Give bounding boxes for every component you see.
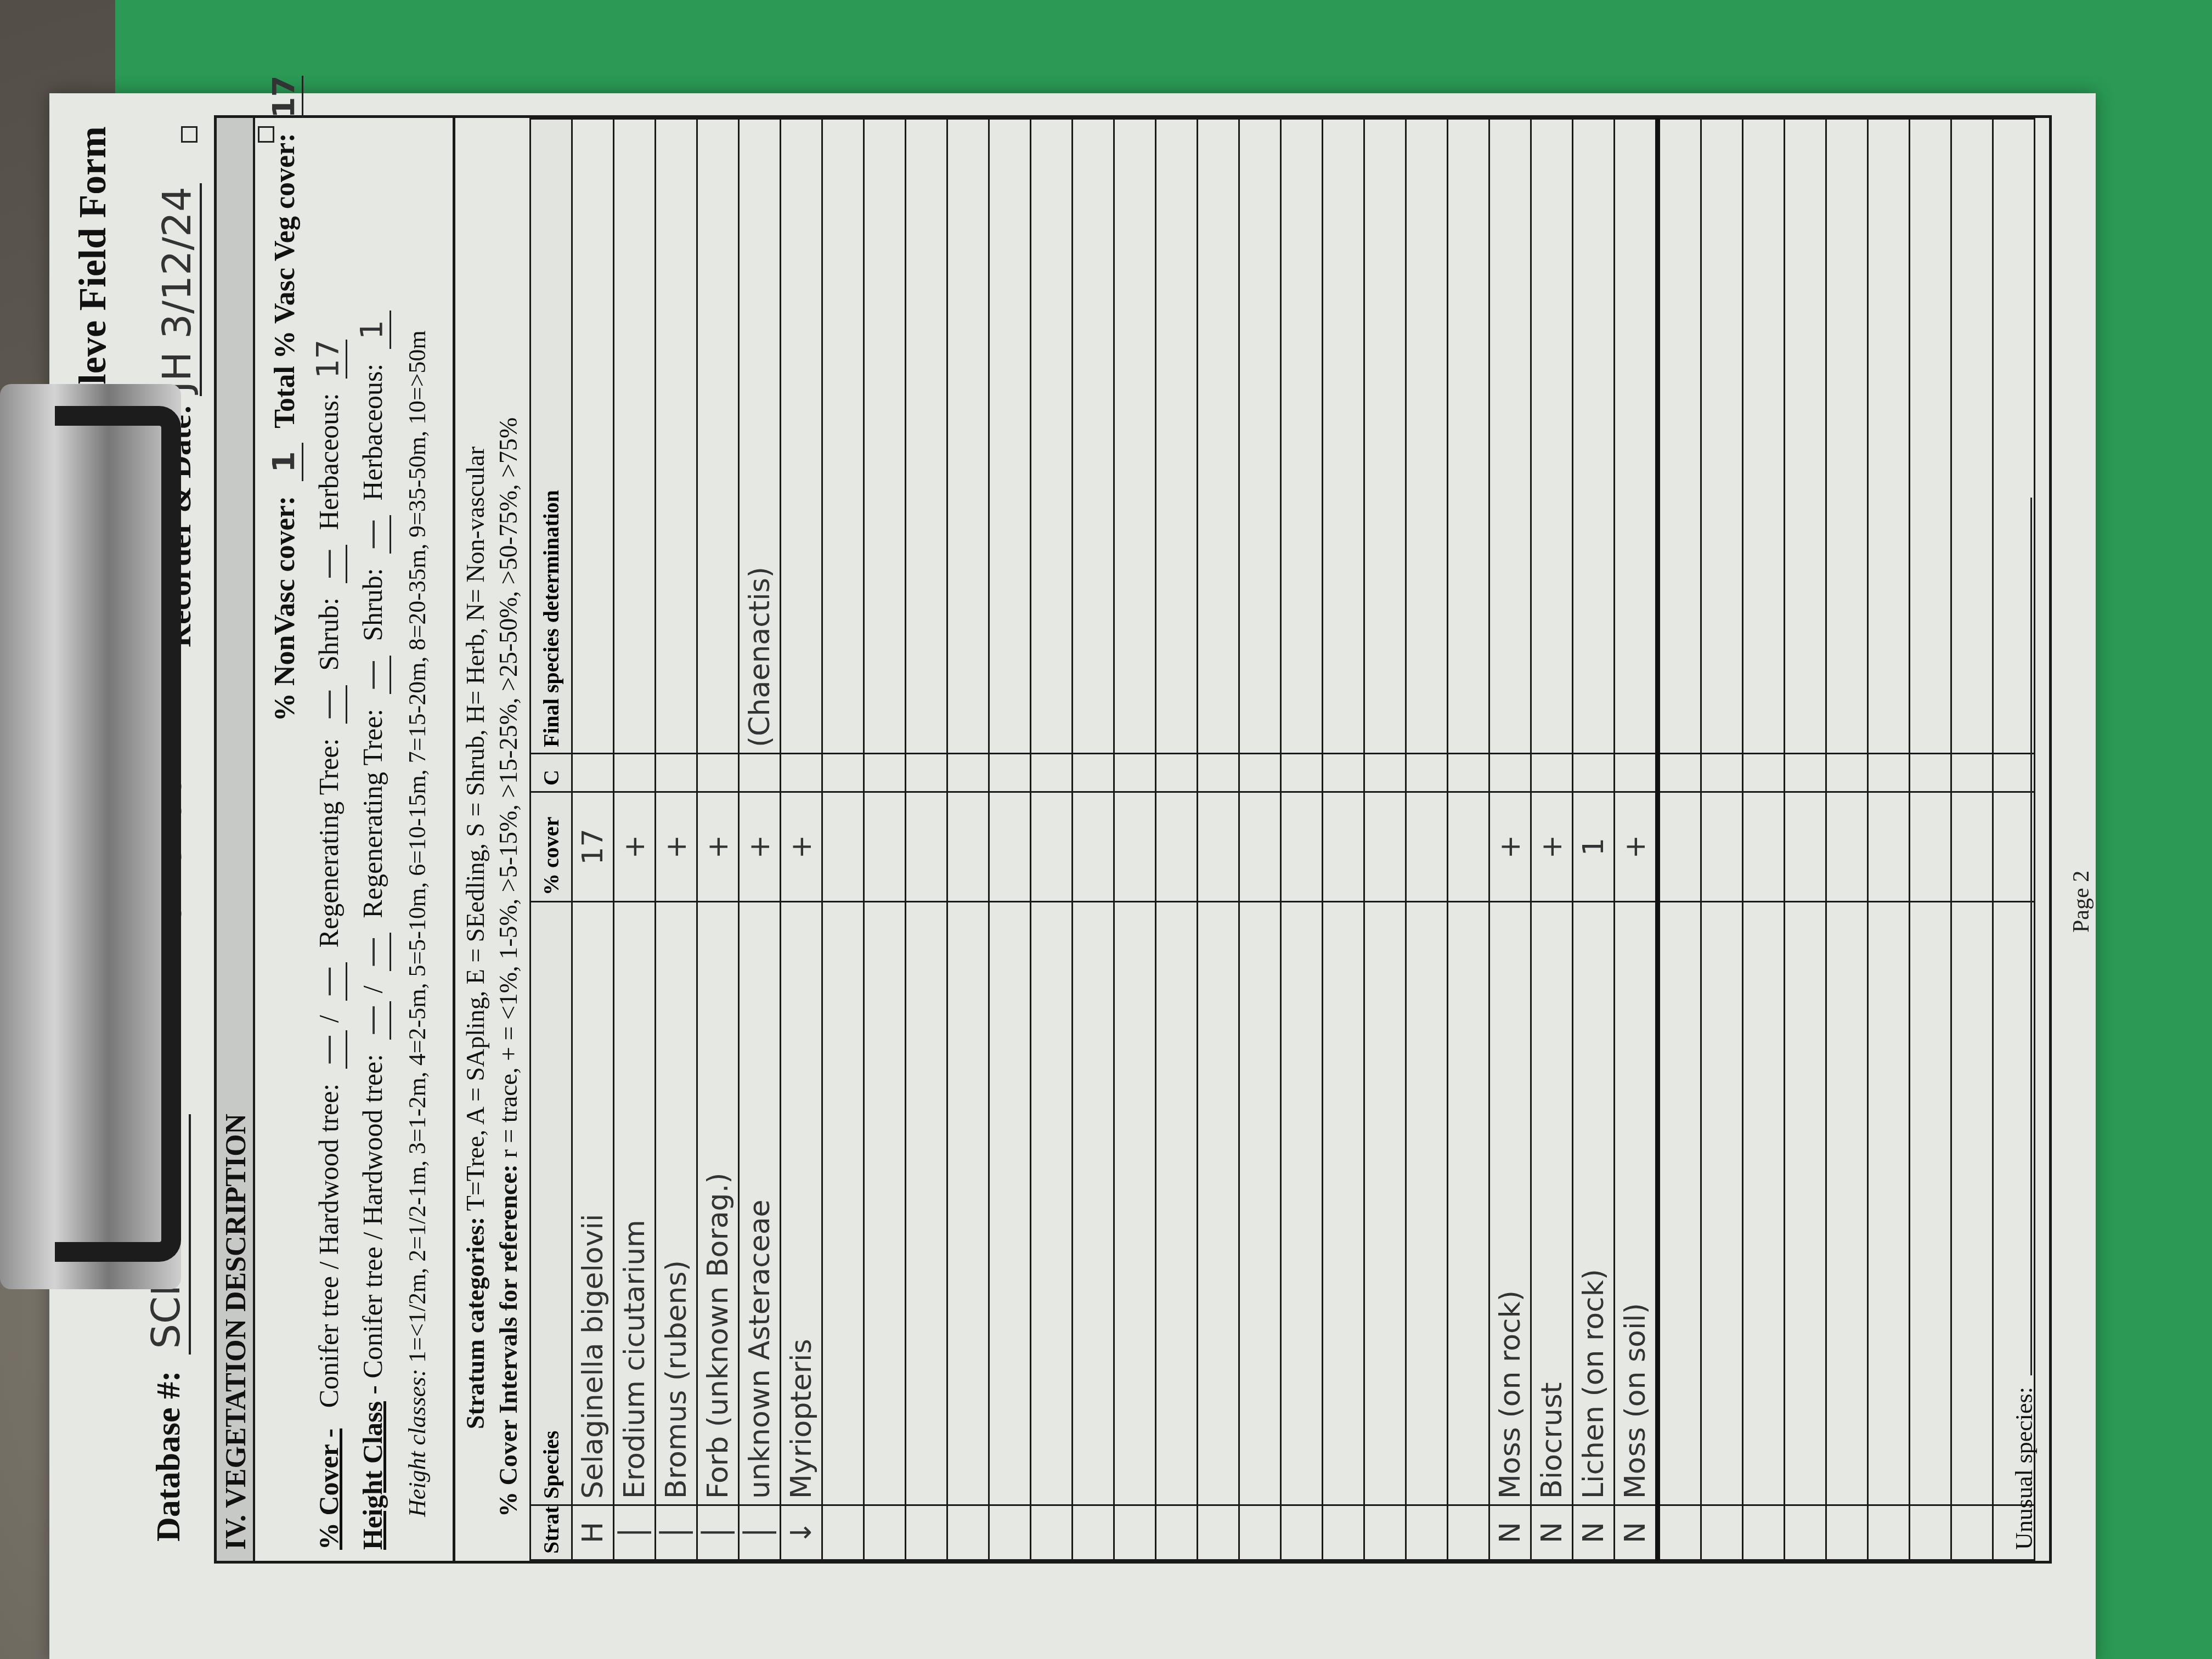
section-header: IV. VEGETATION DESCRIPTION (217, 118, 255, 1561)
cell-final[interactable] (1489, 119, 1531, 754)
cell-final[interactable] (1951, 119, 1993, 754)
table-row (989, 119, 1031, 1560)
cell-c[interactable] (1156, 754, 1198, 792)
cell-species[interactable] (1031, 902, 1073, 1505)
cell-stratum[interactable]: ↓ (781, 1505, 822, 1560)
cell-final[interactable] (1743, 119, 1785, 754)
cell-species[interactable] (1826, 902, 1868, 1505)
cell-species[interactable]: Erodium cicutarium (614, 902, 656, 1505)
cover-intervals-label: % Cover Intervals for reference: (494, 1164, 522, 1517)
cell-final[interactable] (1073, 119, 1114, 754)
cell-final[interactable] (697, 119, 739, 754)
cover-row-label: % Cover - (313, 1429, 344, 1550)
species-sheet-paper: Database #: SCMN 6201 Combined Vegetatio… (49, 93, 2096, 1659)
height-classes-values: 1=<1/2m, 2=1/2-1m, 3=1-2m, 4=2-5m, 5=5-1… (404, 330, 431, 1363)
cell-species[interactable]: Bromus (rubens) (656, 902, 697, 1505)
cell-species[interactable] (1198, 902, 1239, 1505)
cell-final[interactable] (989, 119, 1031, 754)
cell-stratum[interactable]: N (1573, 1505, 1615, 1560)
cell-final[interactable] (1198, 119, 1239, 754)
table-row (1114, 119, 1156, 1560)
nonvasc-value[interactable]: 1 (266, 443, 303, 481)
unusual-species: Unusual species: (2010, 498, 2038, 1550)
table-row (1701, 119, 1743, 1560)
cell-species[interactable] (1910, 902, 1951, 1505)
cell-final[interactable] (1868, 119, 1910, 754)
cell-species[interactable]: Moss (on soil) (1615, 902, 1658, 1505)
cell-species[interactable] (1364, 902, 1406, 1505)
cell-cover[interactable] (1281, 792, 1323, 902)
height-row-label: Height Class (357, 1401, 388, 1550)
cover-conifer-hardwood-label: Conifer tree / Hardwood tree: (313, 1084, 344, 1408)
unusual-species-field[interactable] (2030, 498, 2032, 1375)
cell-cover[interactable]: + (1615, 792, 1658, 902)
cell-stratum[interactable] (1073, 1505, 1114, 1560)
height-shrub-value[interactable]: — (354, 515, 391, 554)
cell-final[interactable] (1785, 119, 1826, 754)
cell-stratum[interactable] (1031, 1505, 1073, 1560)
cell-cover[interactable]: + (697, 792, 739, 902)
cell-final[interactable] (1701, 119, 1743, 754)
cell-final[interactable] (614, 119, 656, 754)
cell-species[interactable] (1406, 902, 1448, 1505)
table-row: NMoss (on rock)+ (1489, 119, 1531, 1560)
cell-final[interactable] (1156, 119, 1198, 754)
cell-c[interactable] (1910, 754, 1951, 792)
cell-final[interactable] (1531, 119, 1573, 754)
cell-species[interactable]: Selaginella bigelovii (572, 902, 614, 1505)
cell-c[interactable] (781, 754, 822, 792)
cell-stratum[interactable] (989, 1505, 1031, 1560)
page-number: Page 2 (2068, 871, 2095, 933)
cell-final[interactable] (1031, 119, 1073, 754)
cell-c[interactable] (1701, 754, 1743, 792)
cell-stratum[interactable] (1701, 1505, 1743, 1560)
cell-cover[interactable] (906, 792, 947, 902)
cell-cover[interactable]: 17 (572, 792, 614, 902)
table-row (1785, 119, 1826, 1560)
cell-stratum[interactable] (1323, 1505, 1364, 1560)
height-conifer-hardwood-label: - Conifer tree / Hardwood tree: (357, 1054, 388, 1395)
cell-stratum[interactable]: H (572, 1505, 614, 1560)
cover-herb-label: Herbaceous: (313, 393, 344, 530)
table-row (1406, 119, 1448, 1560)
cell-stratum[interactable] (1364, 1505, 1406, 1560)
nonvasc-label: % NonVasc cover: (269, 496, 301, 721)
cell-stratum[interactable]: N (1489, 1505, 1531, 1560)
table-row (1281, 119, 1323, 1560)
table-header-row: Stratum Species % cover C Final species … (531, 119, 572, 1560)
height-regen-value[interactable]: — (354, 656, 391, 694)
cell-c[interactable] (697, 754, 739, 792)
cell-species[interactable] (864, 902, 906, 1505)
cell-c[interactable] (1573, 754, 1615, 792)
clipboard-handle (55, 406, 181, 1262)
vegetation-description-box: IV. VEGETATION DESCRIPTION % NonVasc cov… (214, 115, 2052, 1564)
cell-cover[interactable]: + (739, 792, 781, 902)
cell-species[interactable]: unknown Asteraceae (739, 902, 781, 1505)
cell-species[interactable] (1743, 902, 1785, 1505)
cell-species[interactable] (1156, 902, 1198, 1505)
cell-c[interactable] (1364, 754, 1406, 792)
stratum-categories: Stratum categories: T=Tree, A = SApling,… (461, 447, 490, 1429)
cell-species[interactable] (989, 902, 1031, 1505)
table-row (1658, 119, 1701, 1560)
cell-final[interactable] (1281, 119, 1323, 754)
header-stratum: Stratum (531, 1505, 572, 1560)
cell-final[interactable] (1826, 119, 1868, 754)
cell-c[interactable] (864, 754, 906, 792)
cell-c[interactable] (1868, 754, 1910, 792)
table-row: NMoss (on soil)+ (1615, 119, 1658, 1560)
cell-stratum[interactable] (1198, 1505, 1239, 1560)
table-row (1073, 119, 1114, 1560)
cell-species[interactable] (947, 902, 989, 1505)
nonvasc-total-row: % NonVasc cover: 1 Total % Vasc Veg cove… (266, 68, 303, 721)
cell-c[interactable] (656, 754, 697, 792)
table-row (1448, 119, 1489, 1560)
table-row (1031, 119, 1073, 1560)
height-classes-legend: Height classes: 1=<1/2m, 2=1/2-1m, 3=1-2… (403, 330, 431, 1517)
table-row (1156, 119, 1198, 1560)
cell-final[interactable] (864, 119, 906, 754)
table-row (1868, 119, 1910, 1560)
cell-species[interactable]: Myriopteris (781, 902, 822, 1505)
cell-final[interactable] (1406, 119, 1448, 754)
cell-final[interactable] (1323, 119, 1364, 754)
cell-c[interactable] (1281, 754, 1323, 792)
cell-stratum[interactable]: │ (697, 1505, 739, 1560)
recorder-value[interactable]: JH 3/12/24 (154, 183, 202, 396)
cell-cover[interactable] (947, 792, 989, 902)
cell-c[interactable] (906, 754, 947, 792)
cell-cover[interactable] (822, 792, 864, 902)
height-regen-label: Regenerating Tree: (357, 709, 388, 918)
height-conifer-value[interactable]: — (354, 1001, 391, 1040)
header-c: C (531, 754, 572, 792)
cell-final[interactable] (822, 119, 864, 754)
stratum-categories-values: T=Tree, A = SApling, E = SEedling, S = S… (461, 447, 489, 1211)
cell-species[interactable] (1448, 902, 1489, 1505)
cell-c[interactable] (1323, 754, 1364, 792)
cell-c[interactable] (1951, 754, 1993, 792)
header-final: Final species determination (531, 119, 572, 754)
cell-cover[interactable] (1198, 792, 1239, 902)
cell-final[interactable] (656, 119, 697, 754)
cell-stratum[interactable] (1281, 1505, 1323, 1560)
cell-final[interactable]: (Chaenactis) (739, 119, 781, 754)
cell-cover[interactable] (1364, 792, 1406, 902)
cell-cover[interactable] (1031, 792, 1073, 902)
cell-stratum[interactable] (1868, 1505, 1910, 1560)
cell-species[interactable] (822, 902, 864, 1505)
cell-species[interactable] (1239, 902, 1281, 1505)
cell-c[interactable] (1531, 754, 1573, 792)
cell-final[interactable] (947, 119, 989, 754)
cell-species[interactable]: Forb (unknown Borag.) (697, 902, 739, 1505)
cell-c[interactable] (614, 754, 656, 792)
cell-c[interactable] (1448, 754, 1489, 792)
cell-final[interactable] (1448, 119, 1489, 754)
cell-cover[interactable] (1658, 792, 1701, 902)
cell-c[interactable] (572, 754, 614, 792)
cover-regen-value[interactable]: — (310, 685, 347, 724)
table-row: │Bromus (rubens)+ (656, 119, 697, 1560)
section-title: IV. VEGETATION DESCRIPTION (220, 1114, 252, 1550)
table-row (1364, 119, 1406, 1560)
cell-cover[interactable] (1239, 792, 1281, 902)
cell-final[interactable] (1239, 119, 1281, 754)
stratum-categories-label: Stratum categories: (461, 1217, 489, 1429)
header-species: Species (531, 902, 572, 1505)
cell-stratum[interactable] (1114, 1505, 1156, 1560)
cell-cover[interactable]: + (1489, 792, 1531, 902)
cell-c[interactable] (1114, 754, 1156, 792)
table-row (1323, 119, 1364, 1560)
cell-species[interactable] (1701, 902, 1743, 1505)
cell-cover[interactable] (1156, 792, 1198, 902)
cell-c[interactable] (1743, 754, 1785, 792)
cell-final[interactable] (1910, 119, 1951, 754)
cell-cover[interactable] (1910, 792, 1951, 902)
cell-cover[interactable] (1406, 792, 1448, 902)
cell-c[interactable] (1826, 754, 1868, 792)
cover-row: % Cover - Conifer tree / Hardwood tree: … (310, 332, 347, 1550)
cell-cover[interactable] (1323, 792, 1364, 902)
cell-c[interactable] (1658, 754, 1701, 792)
height-classes-label: Height classes: (404, 1369, 431, 1517)
table-row: │unknown Asteraceae+(Chaenactis) (739, 119, 781, 1560)
table-row (906, 119, 947, 1560)
cell-stratum[interactable]: N (1615, 1505, 1658, 1560)
cover-intervals-values: r = trace, + = <1%, 1-5%, >5-15%, >15-25… (494, 417, 522, 1158)
cell-cover[interactable] (1448, 792, 1489, 902)
cell-cover[interactable]: + (1531, 792, 1573, 902)
cell-final[interactable] (781, 119, 822, 754)
cell-species[interactable]: Lichen (on rock) (1573, 902, 1615, 1505)
cell-cover[interactable] (1826, 792, 1868, 902)
cell-cover[interactable] (864, 792, 906, 902)
cell-cover[interactable]: + (656, 792, 697, 902)
cell-stratum[interactable] (947, 1505, 989, 1560)
table-row: │Erodium cicutarium+ (614, 119, 656, 1560)
cell-stratum[interactable]: │ (656, 1505, 697, 1560)
cell-cover[interactable]: + (781, 792, 822, 902)
cell-final[interactable] (1114, 119, 1156, 754)
table-row (1951, 119, 1993, 1560)
cover-herb-value[interactable]: 17 (310, 340, 347, 379)
cell-stratum[interactable] (1156, 1505, 1198, 1560)
reference-box: Stratum categories: T=Tree, A = SApling,… (453, 118, 529, 1561)
cell-stratum[interactable] (1910, 1505, 1951, 1560)
cell-final[interactable] (1658, 119, 1701, 754)
cell-stratum[interactable] (906, 1505, 947, 1560)
cell-species[interactable] (1951, 902, 1993, 1505)
cell-final[interactable] (1573, 119, 1615, 754)
cell-final[interactable] (572, 119, 614, 754)
total-vasc-label: Total % Vasc Veg cover: (269, 133, 301, 428)
height-hardwood-value[interactable]: — (354, 933, 391, 971)
cell-species[interactable] (1868, 902, 1910, 1505)
cell-cover[interactable] (1701, 792, 1743, 902)
table-row: ↓Myriopteris+ (781, 119, 822, 1560)
cell-cover[interactable] (1785, 792, 1826, 902)
cell-stratum[interactable]: │ (614, 1505, 656, 1560)
height-herb-label: Herbaceous: (357, 364, 388, 501)
species-table: Stratum Species % cover C Final species … (529, 118, 2035, 1561)
cell-species[interactable] (1281, 902, 1323, 1505)
cell-cover[interactable] (1114, 792, 1156, 902)
cover-shrub-value[interactable]: — (310, 545, 347, 583)
cell-final[interactable] (1615, 119, 1658, 754)
species-table-body: HSelaginella bigelovii17│Erodium cicutar… (572, 119, 2035, 1560)
table-row (1198, 119, 1239, 1560)
table-row (864, 119, 906, 1560)
cover-hardwood-value[interactable]: — (310, 962, 347, 1001)
table-row: NBiocrust+ (1531, 119, 1573, 1560)
cell-stratum[interactable] (1658, 1505, 1701, 1560)
unusual-species-label: Unusual species: (2011, 1387, 2038, 1550)
paper-wrap: Database #: SCMN 6201 Combined Vegetatio… (49, 93, 2096, 1659)
cell-stratum[interactable] (1448, 1505, 1489, 1560)
cell-c[interactable] (1239, 754, 1281, 792)
cell-cover[interactable] (989, 792, 1031, 902)
cell-species[interactable] (1785, 902, 1826, 1505)
height-herb-value[interactable]: 1 (354, 311, 391, 349)
cell-cover[interactable] (1951, 792, 1993, 902)
cell-c[interactable] (947, 754, 989, 792)
table-row (1743, 119, 1785, 1560)
checkbox[interactable] (181, 126, 198, 143)
cell-cover[interactable]: + (614, 792, 656, 902)
cell-species[interactable] (1323, 902, 1364, 1505)
cell-stratum[interactable] (1785, 1505, 1826, 1560)
cell-stratum[interactable] (1826, 1505, 1868, 1560)
height-class-row: Height Class - Conifer tree / Hardwood t… (354, 303, 391, 1550)
database-label: Database #: (150, 1370, 187, 1542)
cell-final[interactable] (906, 119, 947, 754)
table-row (822, 119, 864, 1560)
cell-species[interactable] (1114, 902, 1156, 1505)
table-row: │Forb (unknown Borag.)+ (697, 119, 739, 1560)
cell-c[interactable] (1615, 754, 1658, 792)
cell-cover[interactable] (1868, 792, 1910, 902)
cell-cover[interactable]: 1 (1573, 792, 1615, 902)
cell-c[interactable] (1198, 754, 1239, 792)
cell-c[interactable] (1785, 754, 1826, 792)
cell-species[interactable]: Moss (on rock) (1489, 902, 1531, 1505)
cell-stratum[interactable]: │ (739, 1505, 781, 1560)
cell-c[interactable] (1406, 754, 1448, 792)
cell-c[interactable] (1489, 754, 1531, 792)
cell-c[interactable] (1031, 754, 1073, 792)
cell-stratum[interactable] (864, 1505, 906, 1560)
table-row: NLichen (on rock)1 (1573, 119, 1615, 1560)
cell-c[interactable] (989, 754, 1031, 792)
cell-species[interactable] (1073, 902, 1114, 1505)
table-row (1910, 119, 1951, 1560)
cell-species[interactable] (906, 902, 947, 1505)
cell-stratum[interactable] (1406, 1505, 1448, 1560)
cell-c[interactable] (1073, 754, 1114, 792)
table-row: HSelaginella bigelovii17 (572, 119, 614, 1560)
cover-shrub-label: Shrub: (313, 597, 344, 670)
table-row (947, 119, 989, 1560)
cell-c[interactable] (739, 754, 781, 792)
cell-stratum[interactable] (1743, 1505, 1785, 1560)
table-row (1239, 119, 1281, 1560)
table-row (1826, 119, 1868, 1560)
cell-stratum[interactable] (822, 1505, 864, 1560)
cell-final[interactable] (1364, 119, 1406, 754)
cell-species[interactable]: Biocrust (1531, 902, 1573, 1505)
cover-regen-label: Regenerating Tree: (313, 738, 344, 948)
cell-species[interactable] (1658, 902, 1701, 1505)
total-vasc-value[interactable]: 17 (266, 76, 303, 119)
height-shrub-label: Shrub: (357, 568, 388, 641)
cover-conifer-value[interactable]: — (310, 1030, 347, 1069)
cell-stratum[interactable]: N (1531, 1505, 1573, 1560)
header-cover: % cover (531, 792, 572, 902)
cell-stratum[interactable] (1951, 1505, 1993, 1560)
cell-c[interactable] (822, 754, 864, 792)
cell-stratum[interactable] (1239, 1505, 1281, 1560)
cover-intervals: % Cover Intervals for reference: r = tra… (494, 417, 523, 1517)
cell-cover[interactable] (1073, 792, 1114, 902)
cell-cover[interactable] (1743, 792, 1785, 902)
